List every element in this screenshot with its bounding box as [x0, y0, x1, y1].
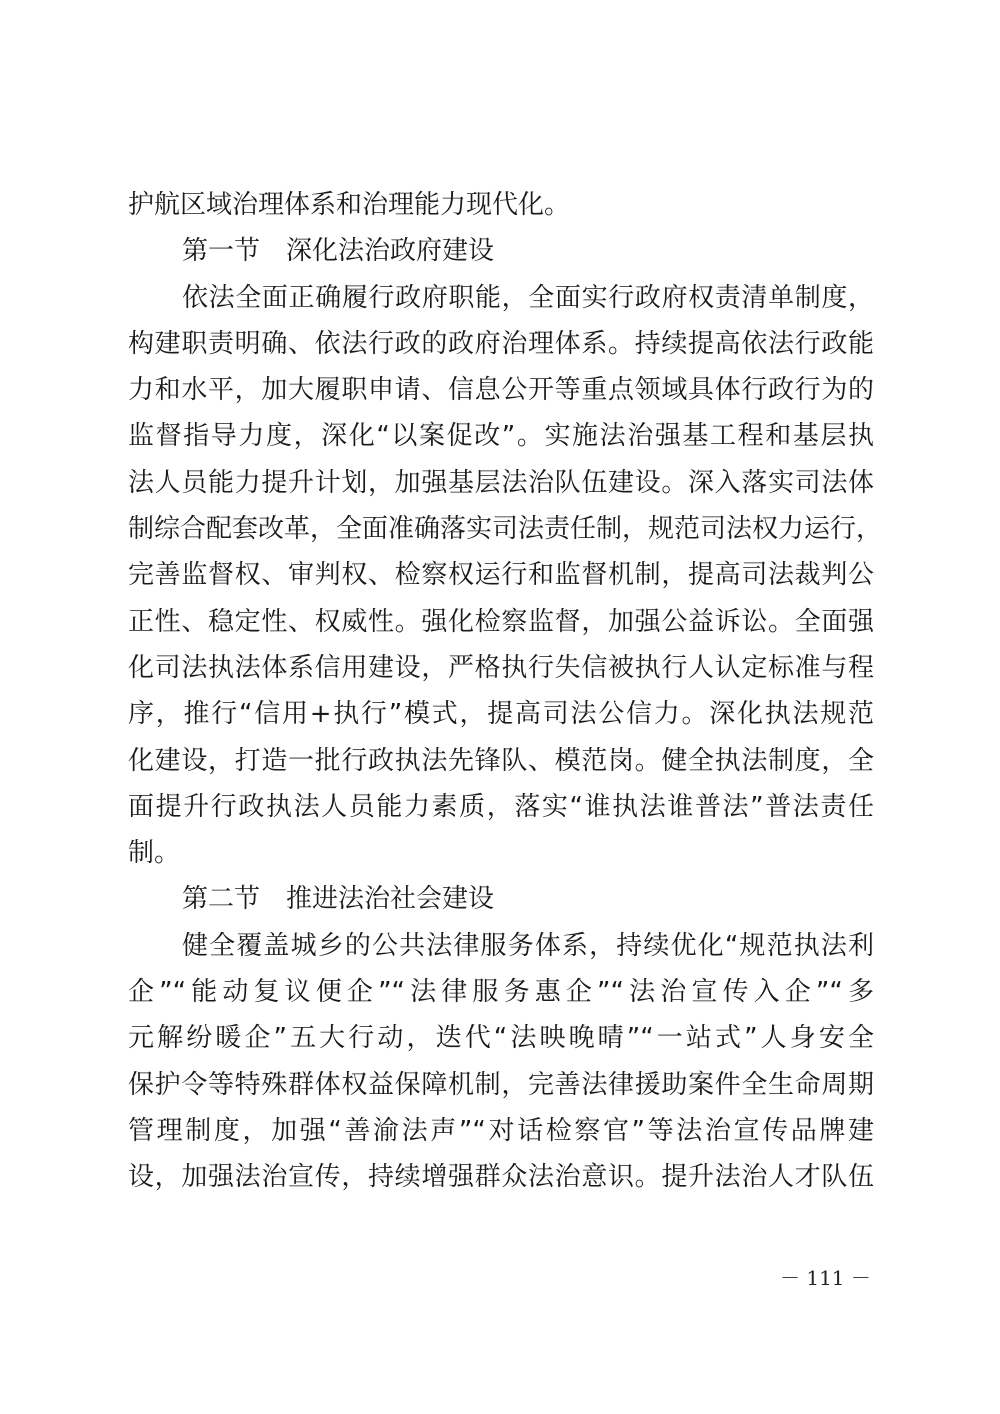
paragraph-line: 完善监督权、审判权、检察权运行和监督机制，提高司法裁判公: [128, 552, 874, 598]
paragraph-line: 元解纷暖企”五大行动，迭代“法映晚晴”“一站式”人身安全: [128, 1015, 874, 1061]
paragraph-line: 健全覆盖城乡的公共法律服务体系，持续优化“规范执法利: [128, 923, 874, 969]
paragraph-line: 制。: [128, 830, 874, 876]
paragraph-line: 依法全面正确履行政府职能，全面实行政府权责清单制度，: [128, 275, 874, 321]
paragraph-line: 监督指导力度，深化“以案促改”。实施法治强基工程和基层执: [128, 413, 874, 459]
paragraph-line: 构建职责明确、依法行政的政府治理体系。持续提高依法行政能: [128, 321, 874, 367]
paragraph-line: 序，推行“信用+执行”模式，提高司法公信力。深化执法规范: [128, 691, 874, 737]
paragraph-line: 力和水平，加大履职申请、信息公开等重点领域具体行政行为的: [128, 367, 874, 413]
paragraph-line: 设，加强法治宣传，持续增强群众法治意识。提升法治人才队伍: [128, 1154, 874, 1200]
paragraph-line: 护航区域治理体系和治理能力现代化。: [128, 182, 874, 228]
section-heading-2: 第二节 推进法治社会建设: [128, 876, 874, 922]
paragraph-line: 制综合配套改革，全面准确落实司法责任制，规范司法权力运行，: [128, 506, 874, 552]
page-number: － 111 －: [780, 1262, 900, 1291]
paragraph-line: 化司法执法体系信用建设，严格执行失信被执行人认定标准与程: [128, 645, 874, 691]
paragraph-line: 保护令等特殊群体权益保障机制，完善法律援助案件全生命周期: [128, 1062, 874, 1108]
paragraph-line: 企”“能动复议便企”“法律服务惠企”“法治宣传入企”“多: [128, 969, 874, 1015]
paragraph-line: 法人员能力提升计划，加强基层法治队伍建设。深入落实司法体: [128, 460, 874, 506]
paragraph-line: 化建设，打造一批行政执法先锋队、模范岗。健全执法制度，全: [128, 738, 874, 784]
paragraph-line: 正性、稳定性、权威性。强化检察监督，加强公益诉讼。全面强: [128, 599, 874, 645]
section-heading-1: 第一节 深化法治政府建设: [128, 228, 874, 274]
paragraph-line: 面提升行政执法人员能力素质，落实“谁执法谁普法”普法责任: [128, 784, 874, 830]
document-body: 护航区域治理体系和治理能力现代化。 第一节 深化法治政府建设 依法全面正确履行政…: [128, 182, 874, 1201]
paragraph-line: 管理制度，加强“善渝法声”“对话检察官”等法治宣传品牌建: [128, 1108, 874, 1154]
